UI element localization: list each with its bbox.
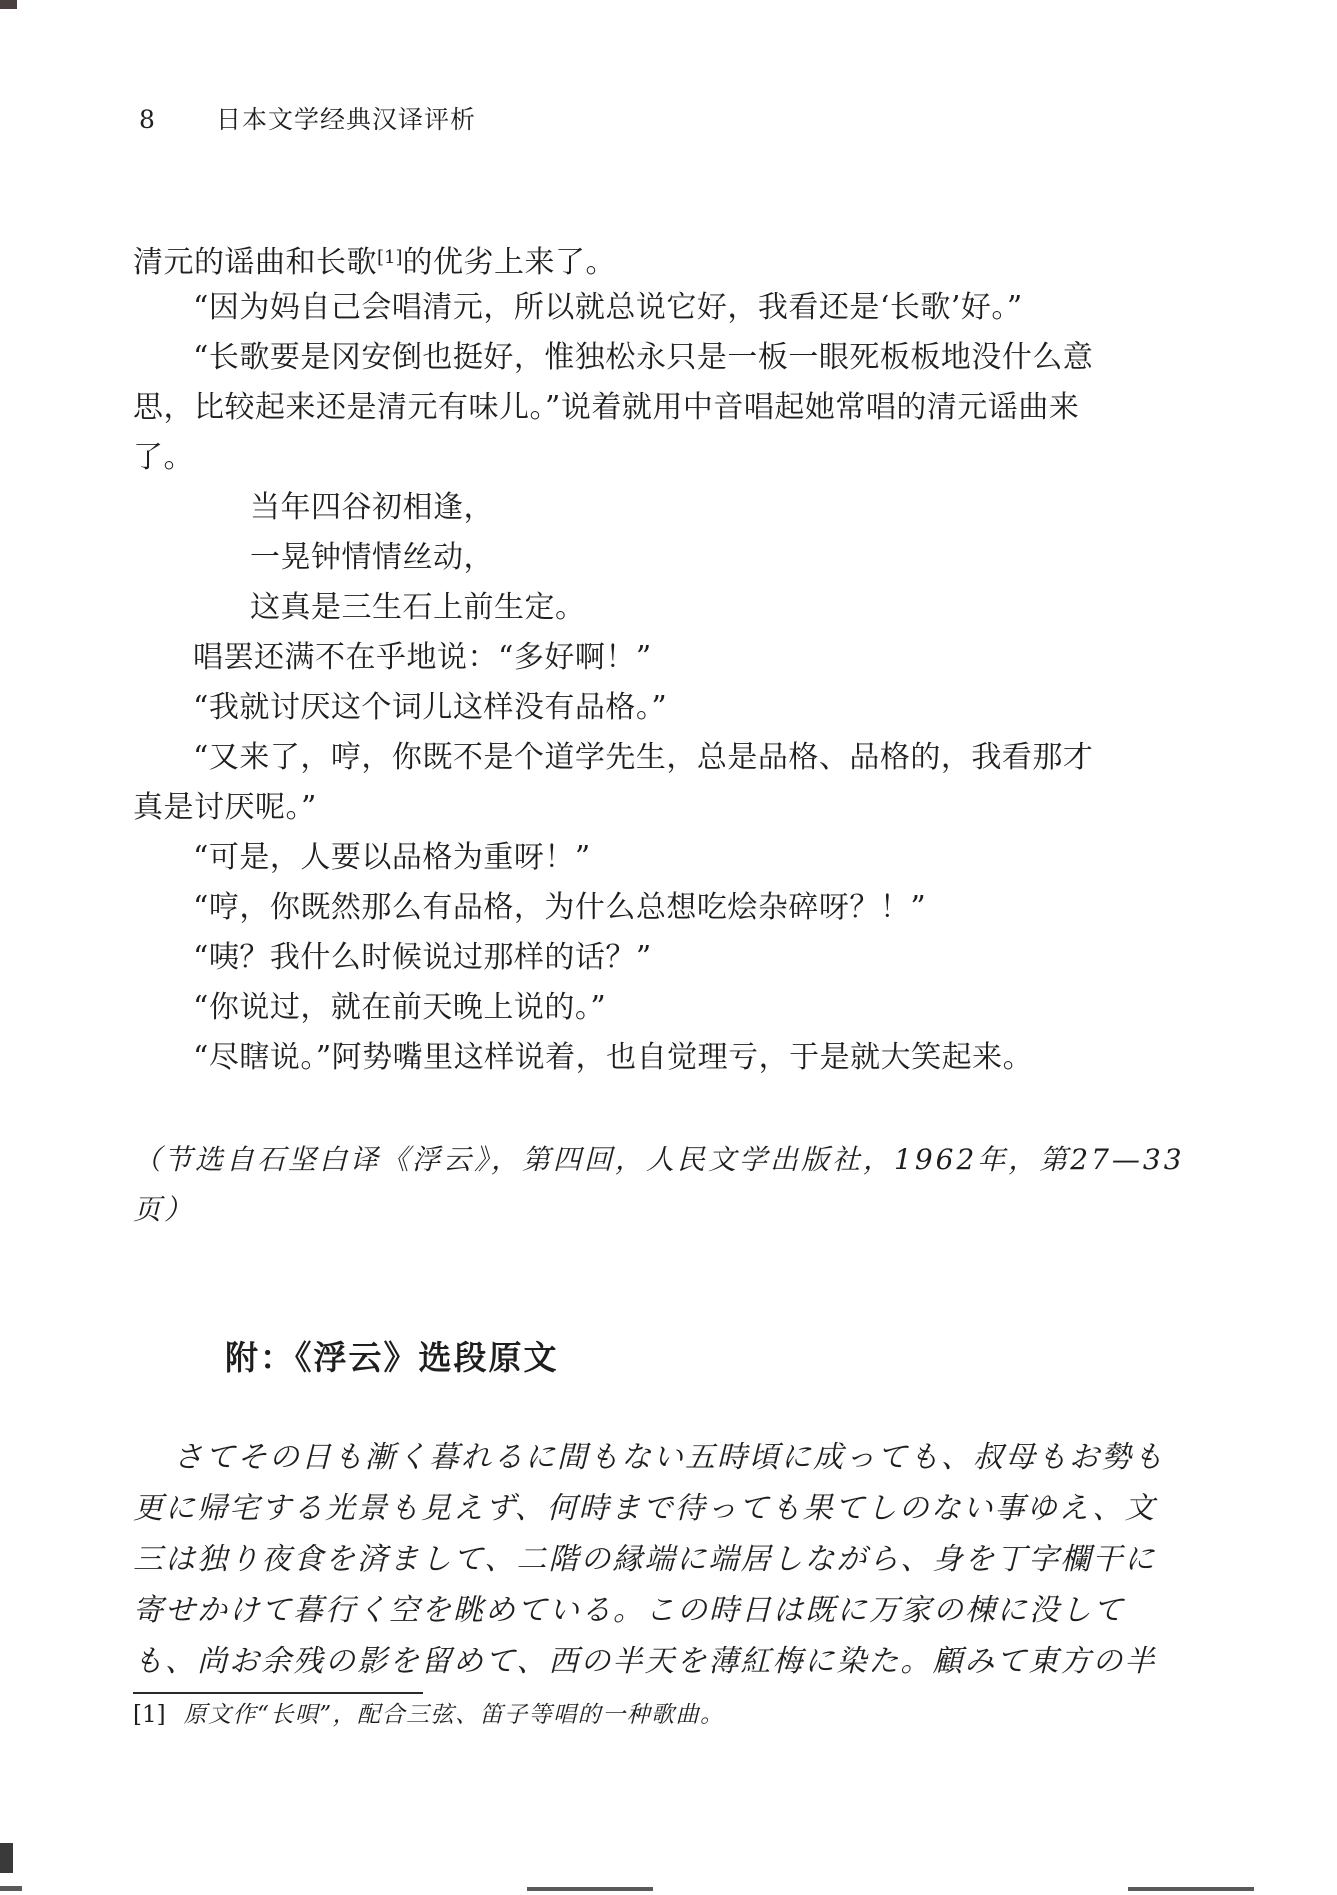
scan-artifact-bottom-center-bar (527, 1887, 653, 1891)
body-line: 一晃钟情情丝动， (133, 533, 1208, 583)
footnote: [1]原文作“长唄”，配合三弦、笛子等唱的一种歌曲。 (133, 1700, 1218, 1730)
body-line: “因为妈自己会唱清元，所以就总说它好，我看还是‘长歌’好。” (133, 283, 1208, 333)
scan-artifact-bottom-right-bar (1128, 1887, 1254, 1891)
appendix-heading: 附：《浮云》选段原文 (225, 1333, 559, 1383)
body-line: “可是，人要以品格为重呀！” (133, 833, 1208, 883)
scan-artifact-bottom-left-bar (0, 1886, 22, 1891)
body-line: 唱罢还满不在乎地说：“多好啊！” (133, 633, 1208, 683)
scan-artifact-top-left (0, 0, 17, 9)
body-line: “我就讨厌这个词儿这样没有品格。” (133, 683, 1208, 733)
page-number: 8 (139, 105, 216, 134)
citation: （节选自石坚白译《浮云》，第四回，人民文学出版社，1962年，第27—33页） (133, 1135, 1218, 1235)
running-head-title: 日本文学经典汉译评析 (216, 105, 476, 134)
body-line: 了。 (133, 433, 1208, 483)
running-head: 8日本文学经典汉译评析 (139, 100, 476, 136)
body-line: “尽瞎说。”阿势嘴里这样说着，也自觉理亏，于是就大笑起来。 (133, 1033, 1208, 1083)
body-line: 这真是三生石上前生定。 (133, 583, 1208, 633)
body-line: “又来了，哼，你既不是个道学先生，总是品格、品格的，我看那才 (133, 733, 1208, 783)
body-line: “哼，你既然那么有品格，为什么总想吃烩杂碎呀？！” (133, 883, 1208, 933)
footnote-rule (133, 1692, 423, 1694)
appendix-line: 三は独り夜食を済まして、二階の縁端に端居しながら、身を丁字欄干に (133, 1534, 1218, 1585)
appendix-line: 寄せかけて暮行く空を眺めている。この時日は既に万家の棟に没して (133, 1585, 1218, 1636)
appendix-line: さてその日も漸く暮れるに間もない五時頃に成っても、叔母もお勢も (133, 1432, 1218, 1483)
footnote-reference: [1] (377, 247, 403, 268)
body-line: 清元的谣曲和长歌[1]的优劣上来了。 (133, 233, 1208, 283)
body-line: “咦？我什么时候说过那样的话？” (133, 933, 1208, 983)
footnote-text: 原文作“长唄”，配合三弦、笛子等唱的一种歌曲。 (184, 1702, 725, 1728)
appendix-line: も、尚お余残の影を留めて、西の半天を薄紅梅に染た。顧みて東方の半 (133, 1636, 1218, 1687)
citation-line: （节选自石坚白译《浮云》，第四回，人民文学出版社，1962年，第27—33 (133, 1135, 1218, 1185)
citation-line: 页） (133, 1185, 1218, 1235)
scan-artifact-bottom-left-block (0, 1843, 13, 1873)
body-line: 真是讨厌呢。” (133, 783, 1208, 833)
book-page: 8日本文学经典汉译评析 清元的谣曲和长歌[1]的优劣上来了。“因为妈自己会唱清元… (0, 0, 1337, 1895)
body-line: 当年四谷初相逢， (133, 483, 1208, 533)
appendix-line: 更に帰宅する光景も見えず、何時まで待っても果てしのない事ゆえ、文 (133, 1483, 1218, 1534)
body-line: 思，比较起来还是清元有味儿。”说着就用中音唱起她常唱的清元谣曲来 (133, 383, 1208, 433)
appendix-japanese-text: さてその日も漸く暮れるに間もない五時頃に成っても、叔母もお勢も更に帰宅する光景も… (133, 1432, 1218, 1687)
body-text: 清元的谣曲和长歌[1]的优劣上来了。“因为妈自己会唱清元，所以就总说它好，我看还… (133, 233, 1208, 1083)
footnote-marker: [1] (133, 1702, 166, 1728)
body-line: “你说过，就在前天晚上说的。” (133, 983, 1208, 1033)
body-line: “长歌要是冈安倒也挺好，惟独松永只是一板一眼死板板地没什么意 (133, 333, 1208, 383)
